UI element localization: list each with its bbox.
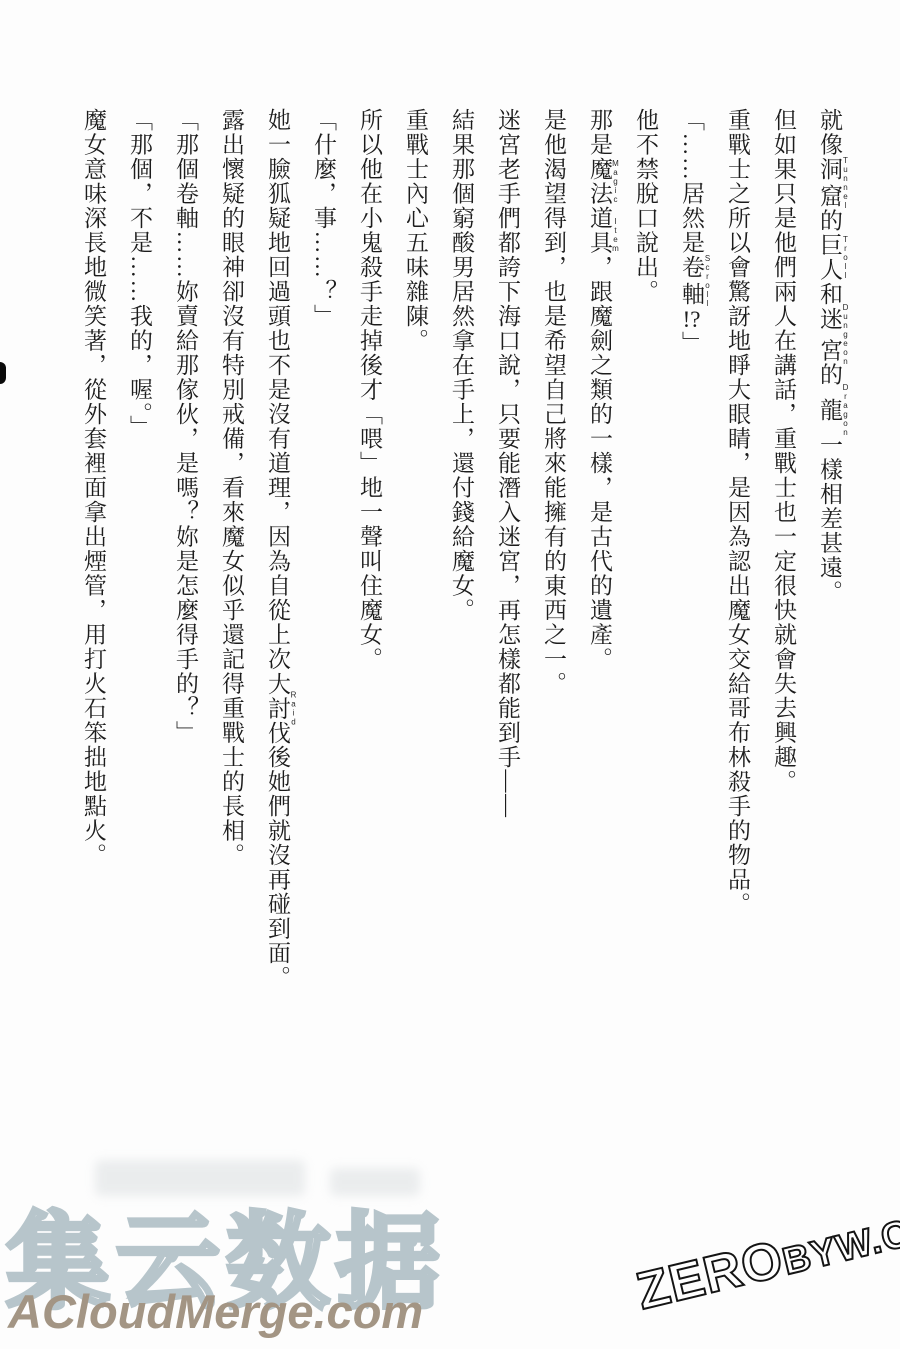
text-column: 她一臉狐疑地回過頭也不是沒有道理，因為自從上次大討伐Raid後她們就沒再碰到面。 (254, 108, 300, 1000)
text-column: 就像洞窟Tunnel的巨人Troll和迷宮Dungeon的龍Dragon一樣相差… (806, 108, 852, 1000)
text-column: 重戰士內心五味雜陳。 (392, 108, 438, 1000)
ruby-annotated-word: 大討伐Raid (265, 672, 290, 746)
vertical-text-block: 就像洞窟Tunnel的巨人Troll和迷宮Dungeon的龍Dragon一樣相差… (70, 108, 852, 1000)
text-column: 他不禁脫口說出。 (622, 108, 668, 1000)
ruby-annotated-word: 卷軸Scroll (679, 255, 704, 308)
text-column: 「那個，不是……我的，喔。」 (116, 108, 162, 1000)
text-column: 是他渴望得到，也是希望自己將來能擁有的東西之一。 (530, 108, 576, 1000)
zerobyw-small-text: BYW.COM (779, 1198, 900, 1284)
ruby-annotated-word: 洞窟Tunnel (817, 157, 842, 209)
text-column: 「那個卷軸……妳賣給那傢伙，是嗎？妳是怎麼得手的？」 (162, 108, 208, 1000)
ruby-annotated-word: 巨人Troll (817, 233, 842, 282)
text-column: 「……居然是卷軸Scroll!?」 (668, 108, 714, 1000)
text-column: 魔女意味深長地微笑著，從外套裡面拿出煙管，用打火石笨拙地點火。 (70, 108, 116, 1000)
ruby-annotated-word: 龍Dragon (817, 387, 842, 433)
horizontal-in-vertical-text: !? (679, 308, 704, 331)
text-column: 迷宮老手們都誇下海口說，只要能潛入迷宮，再怎樣都能到手—— (484, 108, 530, 1000)
ruby-annotated-word: 迷宮Dungeon (817, 307, 842, 363)
ruby-annotated-word: 魔法道具Magic Item (587, 157, 612, 255)
zerobyw-large-text: ZERO (631, 1230, 789, 1321)
text-column: 結果那個窮酸男居然拿在手上，還付錢給魔女。 (438, 108, 484, 1000)
text-column: 「什麼，事……？」 (300, 108, 346, 1000)
scan-edge-mark (0, 362, 6, 384)
text-column: 所以他在小鬼殺手走掉後才「喂」地一聲叫住魔女。 (346, 108, 392, 1000)
acloudmerge-url-text: ACloudMerge.com (8, 1284, 423, 1339)
text-column: 那是魔法道具Magic Item，跟魔劍之類的一樣，是古代的遺產。 (576, 108, 622, 1000)
text-column: 露出懷疑的眼神卻沒有特別戒備，看來魔女似乎還記得重戰士的長相。 (208, 108, 254, 1000)
text-column: 但如果只是他們兩人在講話，重戰士也一定很快就會失去興趣。 (760, 108, 806, 1000)
scanned-novel-page: 就像洞窟Tunnel的巨人Troll和迷宮Dungeon的龍Dragon一樣相差… (0, 0, 900, 1349)
text-column: 重戰士之所以會驚訝地睜大眼睛，是因為認出魔女交給哥布林殺手的物品。 (714, 108, 760, 1000)
zerobyw-watermark: ZEROBYW.COM (631, 1184, 900, 1322)
